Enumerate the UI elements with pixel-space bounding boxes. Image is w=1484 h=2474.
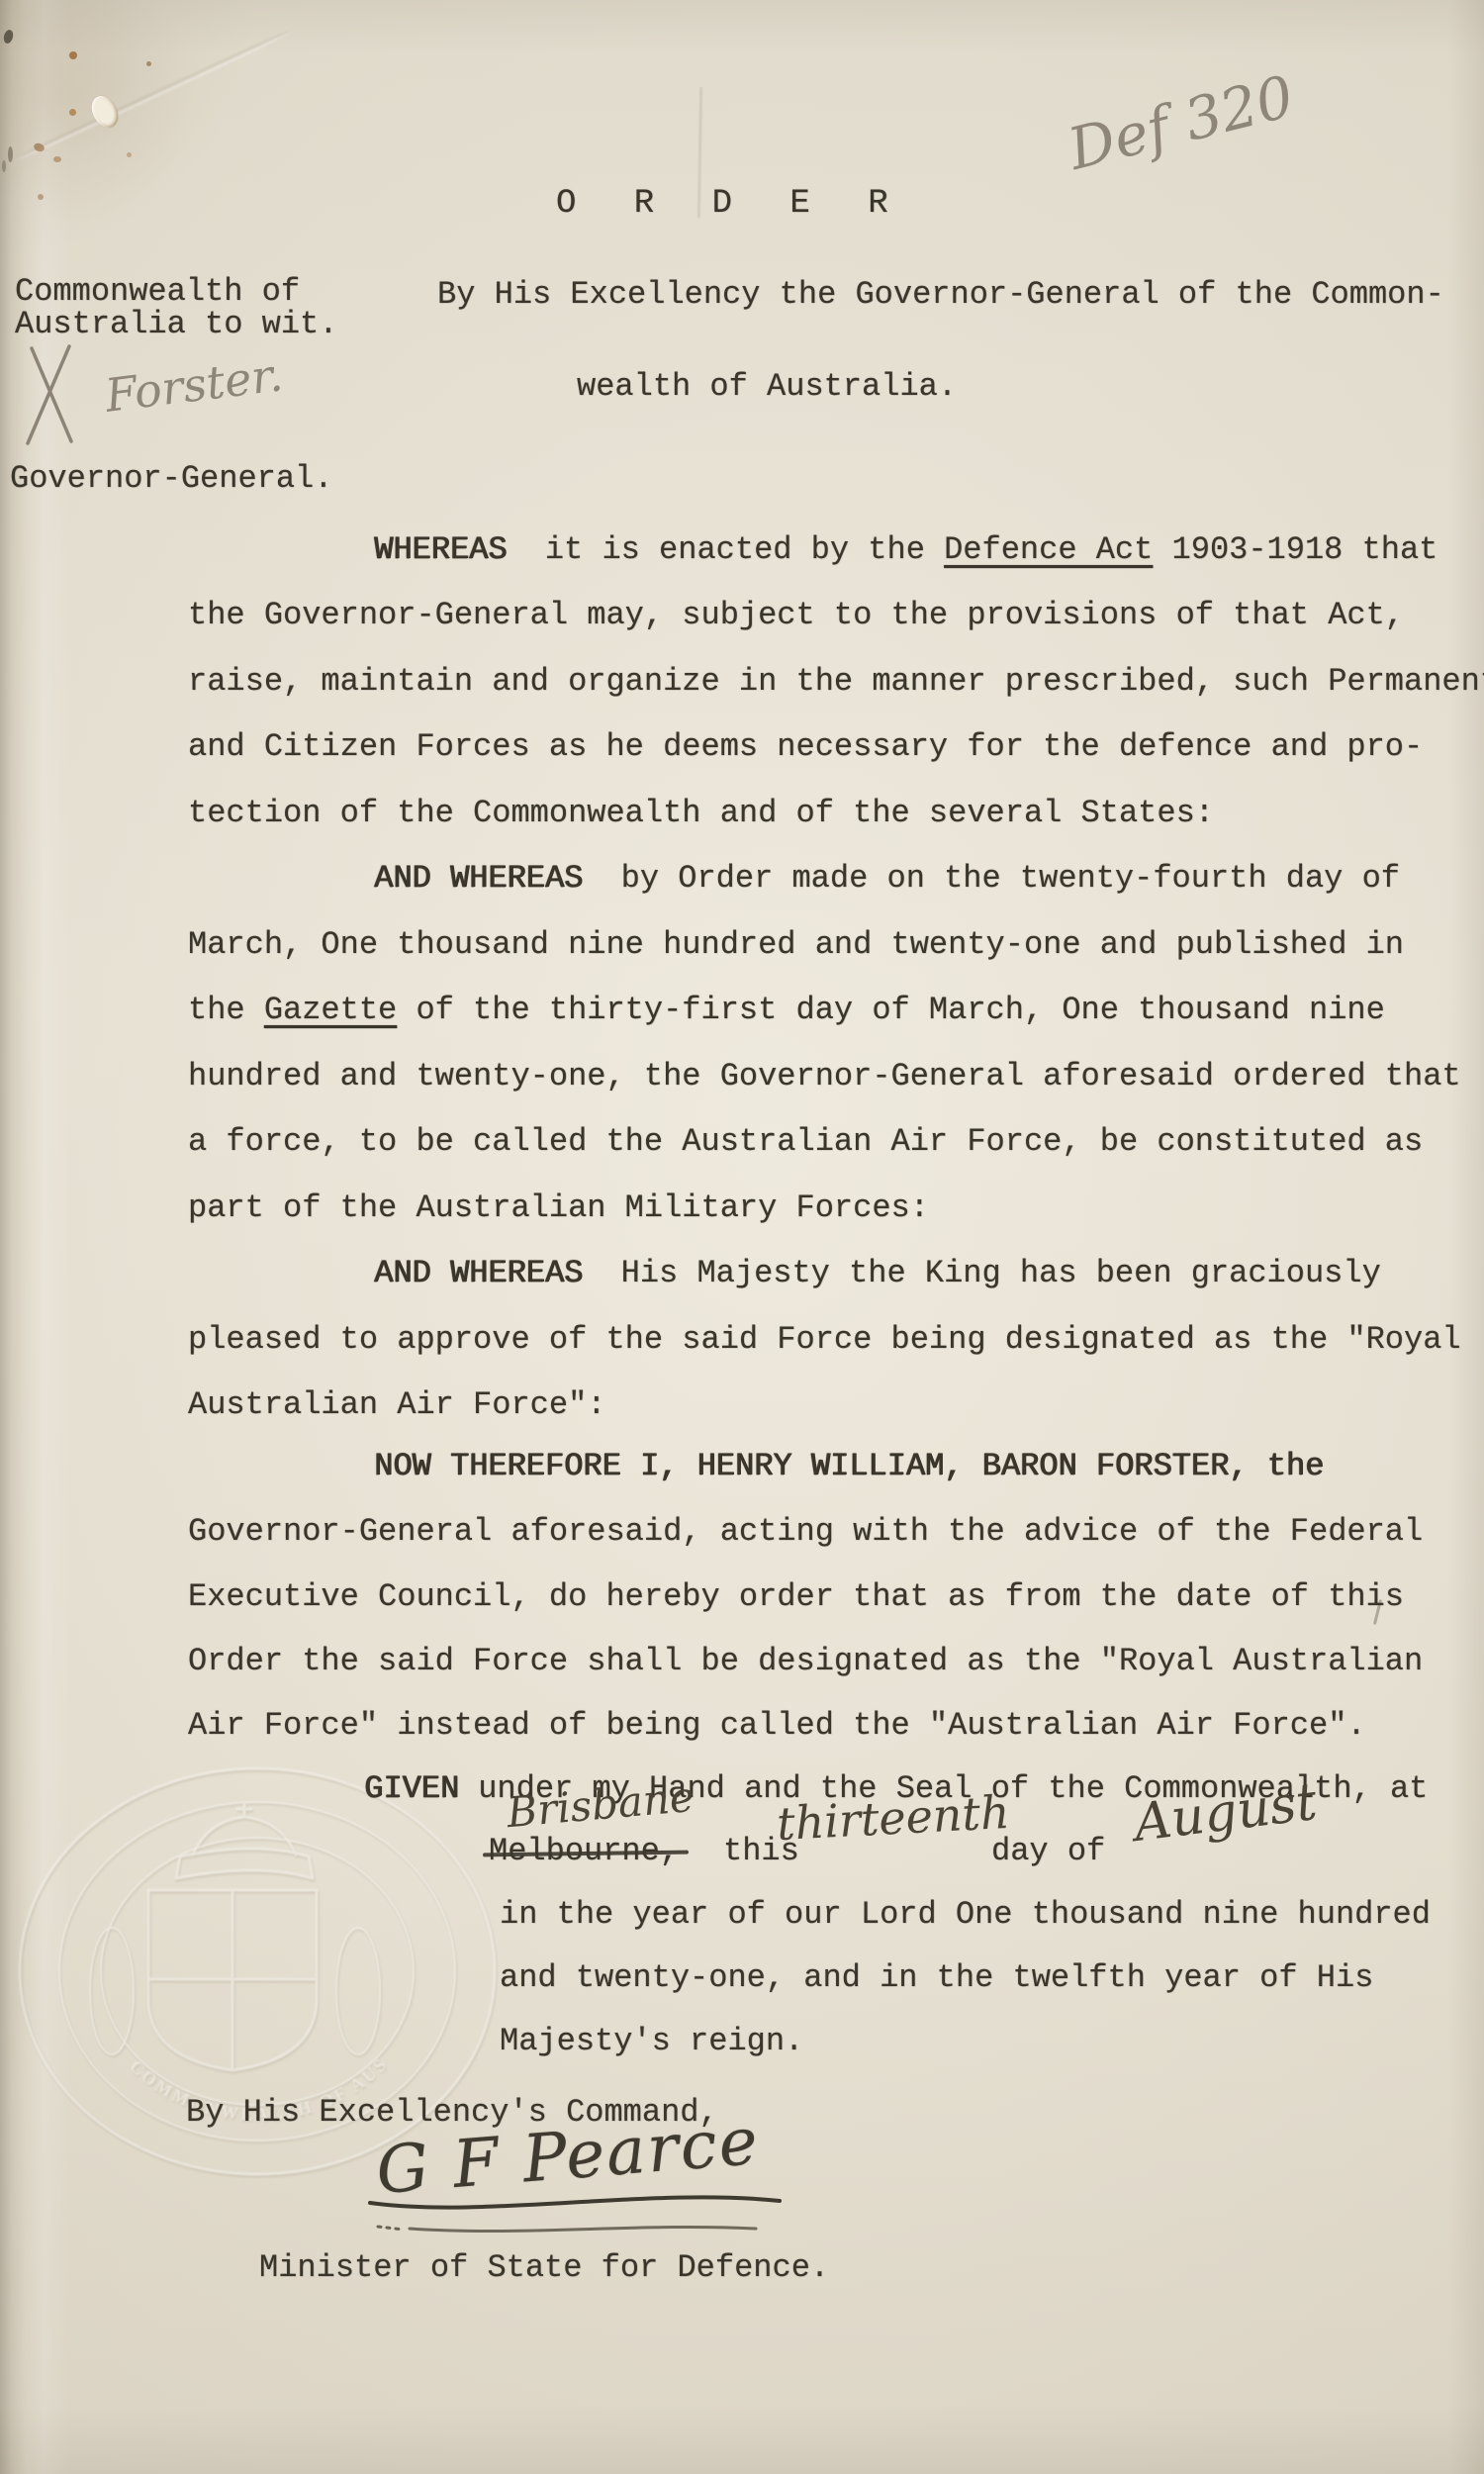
body-words-day-of: day of <box>991 1834 1105 1869</box>
margin-office-label: Governor-General. <box>10 461 332 497</box>
edge-speck <box>8 146 13 162</box>
body-line: and twenty-one, and in the twelfth year … <box>500 1960 1373 1996</box>
seal-shield <box>148 1890 317 2070</box>
edge-speck <box>2 29 14 45</box>
pencil-x-mark-icon <box>18 340 87 451</box>
seal-right-supporter <box>336 1928 380 2054</box>
body-line: Order the said Force shall be designated… <box>188 1644 1423 1679</box>
text-segment: 1903-1918 that <box>1153 531 1438 568</box>
rust-stain <box>69 109 76 116</box>
seal-middle-ring <box>59 1802 455 2141</box>
document-page: COMMONWEALTH OF AUSTRALIA Def 320 Forste… <box>0 0 1484 2474</box>
text-segment: of the thirty-first day of March, One th… <box>397 992 1385 1028</box>
body-line: Majesty's reign. <box>500 2024 803 2059</box>
body-line: pleased to approve of the said Force bei… <box>188 1322 1461 1358</box>
body-line: Executive Council, do hereby order that … <box>188 1579 1404 1615</box>
rust-stain <box>38 194 44 200</box>
pencil-file-reference: Def 320 <box>1062 62 1300 183</box>
keyword: AND WHEREAS <box>374 1255 583 1291</box>
text-segment: the <box>188 992 264 1028</box>
keyword: AND WHEREAS <box>374 860 583 897</box>
body-line-ordering-clause: NOW THEREFORE I, HENRY WILLIAM, BARON FO… <box>374 1449 1324 1484</box>
struck-place-name: Melbourne, <box>489 1834 679 1869</box>
body-line: the Governor-General may, subject to the… <box>188 598 1404 633</box>
signature-flourish <box>364 2189 789 2243</box>
keyword: WHEREAS <box>374 531 507 568</box>
text-segment: by Order made on the twenty-fourth day o… <box>583 860 1400 897</box>
rust-stain <box>69 51 77 59</box>
text-segment: His Majesty the King has been graciously <box>583 1255 1381 1291</box>
body-line: Australian Air Force": <box>188 1387 605 1423</box>
body-line: a force, to be called the Australian Air… <box>188 1124 1423 1160</box>
signatory-title: Minister of State for Defence. <box>259 2250 829 2286</box>
rust-stain <box>33 142 46 152</box>
body-line: AND WHEREAS His Majesty the King has bee… <box>374 1256 1381 1291</box>
body-line: hundred and twenty-one, the Governor-Gen… <box>188 1059 1461 1094</box>
handwritten-day: thirteenth <box>776 1785 1011 1851</box>
body-line: in the year of our Lord One thousand nin… <box>500 1897 1431 1933</box>
margin-jurisdiction-line1: Commonwealth of <box>15 274 300 310</box>
body-line: WHEREAS it is enacted by the Defence Act… <box>374 532 1438 568</box>
margin-jurisdiction-line2: Australia to wit. <box>15 307 337 342</box>
rust-stain <box>146 61 151 66</box>
document-title: O R D E R <box>556 185 907 223</box>
keyword: GIVEN <box>364 1770 459 1807</box>
body-line: Governor-General aforesaid, acting with … <box>188 1514 1423 1550</box>
body-line: and Citizen Forces as he deems necessary… <box>188 729 1423 765</box>
body-line: AND WHEREAS by Order made on the twenty-… <box>374 861 1400 897</box>
proclamation-line1: By His Excellency the Governor-General o… <box>437 277 1444 313</box>
body-line: part of the Australian Military Forces: <box>188 1190 929 1226</box>
text-segment: it is enacted by the <box>507 531 944 568</box>
underlined-act-name: Defence Act <box>944 531 1153 568</box>
pencil-governor-general-initial: Forster. <box>102 347 285 423</box>
body-line: March, One thousand nine hundred and twe… <box>188 927 1404 963</box>
body-line: Air Force" instead of being called the "… <box>188 1708 1366 1744</box>
paper-hole <box>86 91 123 132</box>
rust-stain <box>53 156 61 162</box>
seal-left-supporter <box>90 1928 134 2054</box>
body-line: raise, maintain and organize in the mann… <box>188 664 1484 700</box>
proclamation-line2: wealth of Australia. <box>577 369 957 405</box>
underlined-gazette: Gazette <box>264 992 397 1028</box>
body-line: tection of the Commonwealth and of the s… <box>188 796 1214 831</box>
rust-stain <box>127 152 132 157</box>
diagonal-crease <box>12 27 295 164</box>
body-line: the Gazette of the thirty-first day of M… <box>188 993 1385 1028</box>
edge-speck <box>2 160 6 172</box>
